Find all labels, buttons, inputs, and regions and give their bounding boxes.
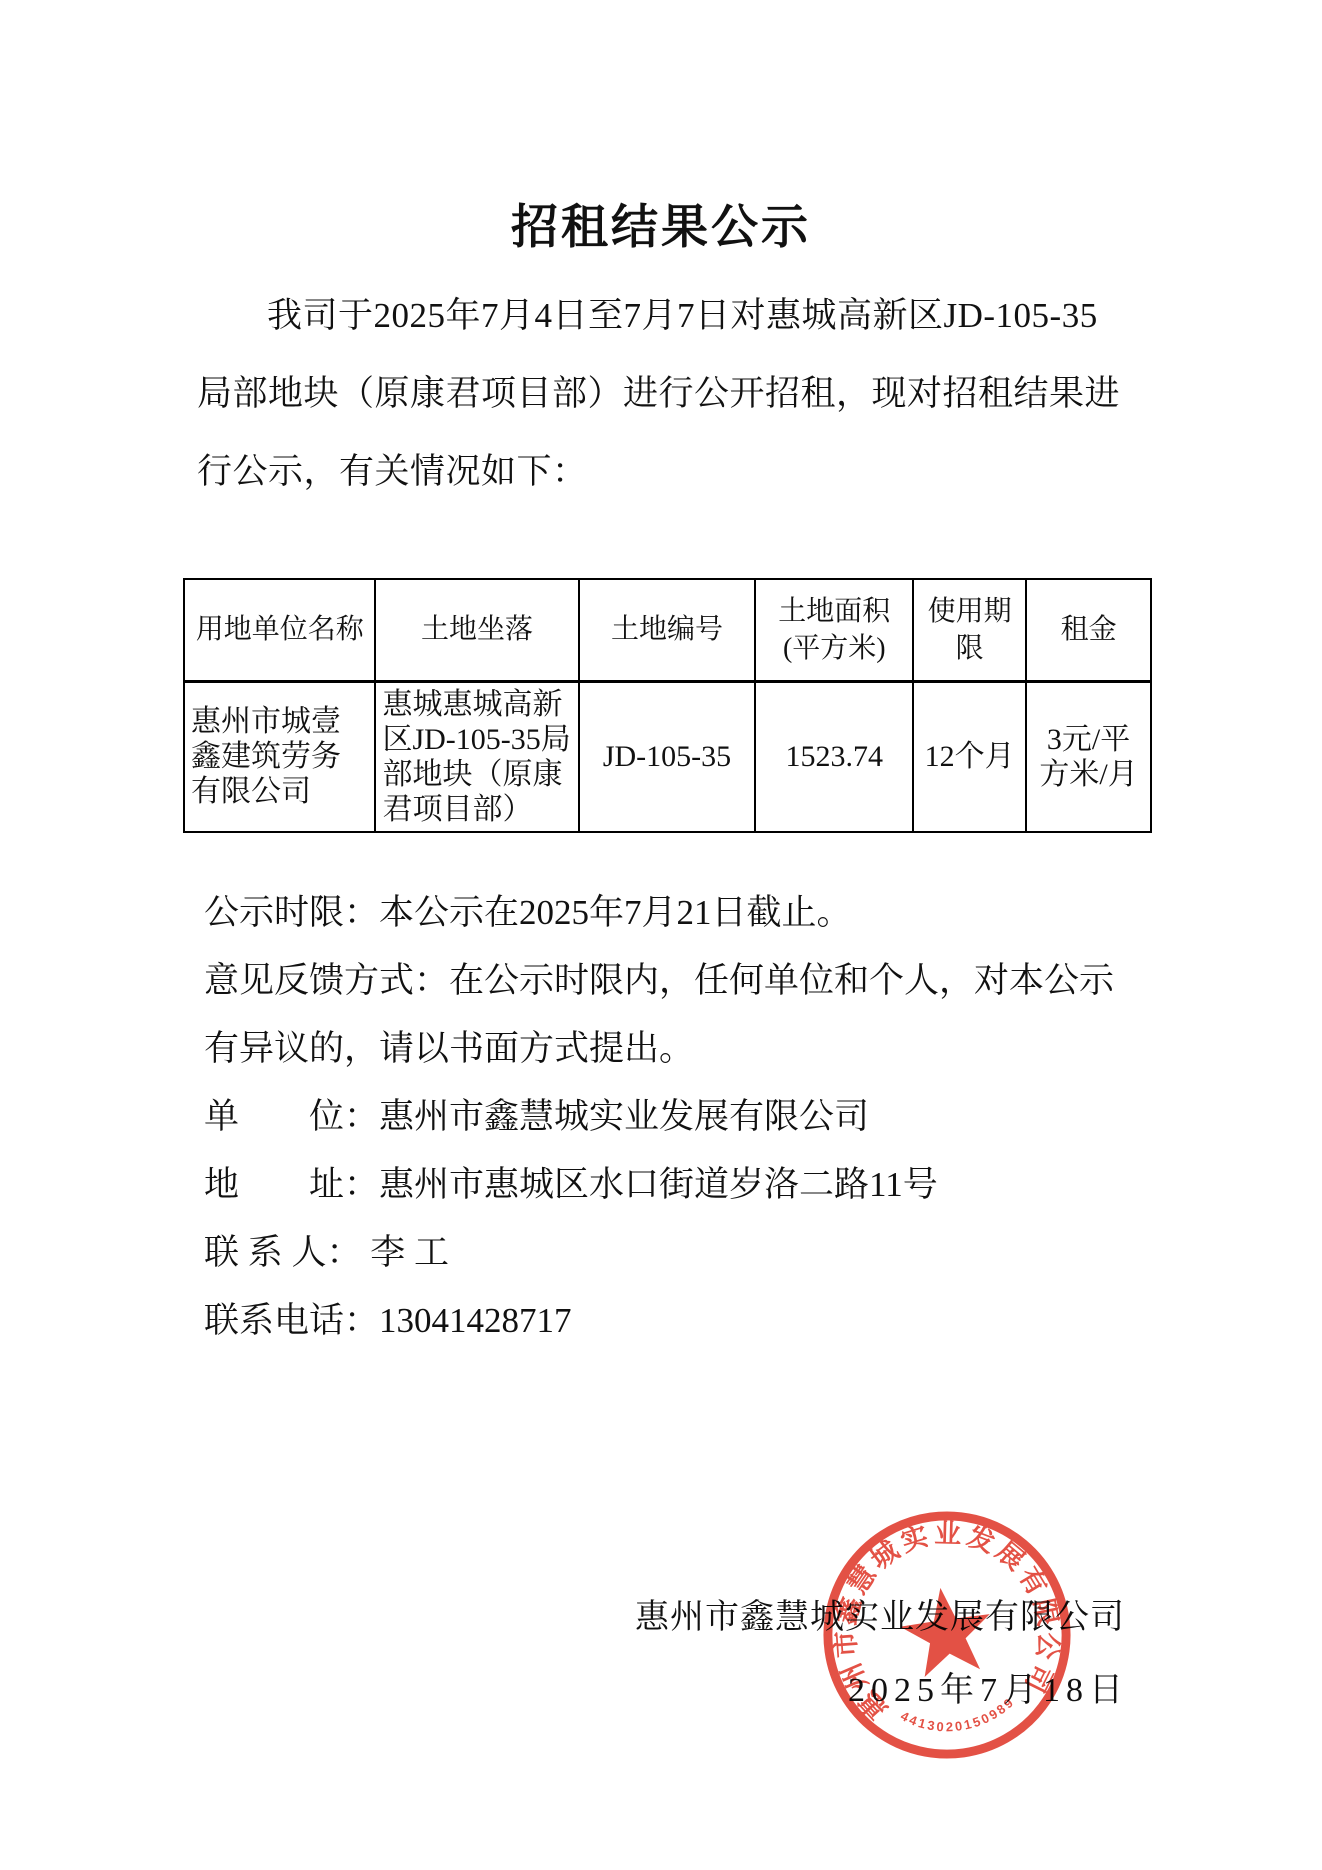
cell-land-number: JD-105-35 [579, 681, 756, 832]
cell-use-period: 12个月 [913, 681, 1026, 832]
signature-company: 惠州市鑫慧城实业发展有限公司 [635, 1589, 1125, 1638]
header-land-location: 土地坐落 [375, 579, 578, 681]
intro-paragraph: 我司于2025年7月4日至7月7日对惠城高新区JD-105-35 局部地块（原康… [197, 277, 1137, 511]
cell-rent: 3元/平方米/月 [1026, 681, 1151, 832]
cell-land-area: 1523.74 [755, 681, 913, 832]
header-land-number: 土地编号 [579, 579, 756, 681]
signature-date: 2025年7月18日 [848, 1662, 1129, 1711]
document-page: 招租结果公示 我司于2025年7月4日至7月7日对惠城高新区JD-105-35 … [0, 0, 1322, 1870]
rental-result-table: 用地单位名称 土地坐落 土地编号 土地面积 (平方米) 使用期限 租金 惠州市城… [183, 578, 1152, 833]
note-deadline: 公示时限：本公示在2025年7月21日截止。 [204, 879, 1164, 947]
note-contact-person: 联 系 人： 李 工 [204, 1219, 1164, 1287]
header-land-user: 用地单位名称 [184, 579, 375, 681]
notes-section: 公示时限：本公示在2025年7月21日截止。 意见反馈方式：在公示时限内，任何单… [204, 879, 1164, 1355]
cell-land-user: 惠州市城壹鑫建筑劳务有限公司 [184, 681, 375, 832]
header-land-area: 土地面积 (平方米) [755, 579, 913, 681]
note-contact-phone: 联系电话：13041428717 [204, 1287, 1164, 1355]
intro-line-1: 我司于2025年7月4日至7月7日对惠城高新区JD-105-35 [197, 277, 1137, 355]
header-rent: 租金 [1026, 579, 1151, 681]
note-address: 地 址：惠州市惠城区水口街道岁洛二路11号 [204, 1151, 1164, 1219]
page-title: 招租结果公示 [0, 201, 1322, 253]
cell-land-location: 惠城惠城高新区JD-105-35局部地块（原康君项目部） [375, 681, 578, 832]
intro-line-3: 行公示，有关情况如下： [197, 433, 1137, 511]
table-header-row: 用地单位名称 土地坐落 土地编号 土地面积 (平方米) 使用期限 租金 [184, 579, 1151, 681]
note-feedback-1: 意见反馈方式：在公示时限内，任何单位和个人，对本公示 [204, 947, 1164, 1015]
header-use-period: 使用期限 [913, 579, 1026, 681]
note-unit: 单 位：惠州市鑫慧城实业发展有限公司 [204, 1083, 1164, 1151]
intro-line-2: 局部地块（原康君项目部）进行公开招租，现对招租结果进 [197, 355, 1137, 433]
note-feedback-2: 有异议的，请以书面方式提出。 [204, 1015, 1164, 1083]
table-row: 惠州市城壹鑫建筑劳务有限公司 惠城惠城高新区JD-105-35局部地块（原康君项… [184, 681, 1151, 832]
